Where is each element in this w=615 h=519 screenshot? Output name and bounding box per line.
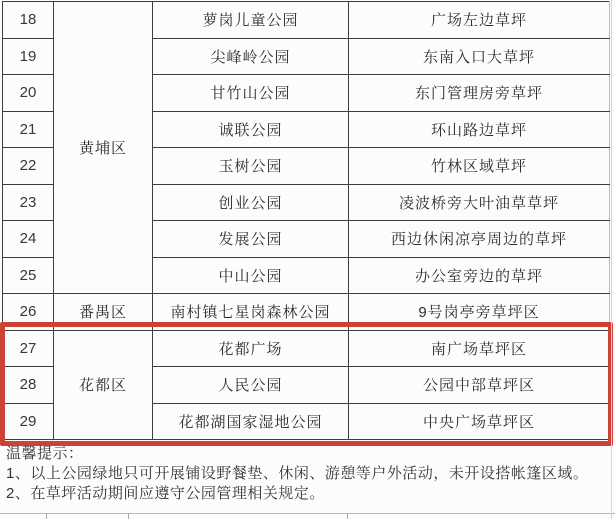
table-row: 26 番禺区 南村镇七星岗森林公园 9号岗亭旁草坪区 (3, 294, 610, 331)
park-name-cell: 南村镇七星岗森林公园 (153, 294, 349, 331)
park-name-cell: 玉树公园 (153, 148, 349, 185)
lawn-area-cell: 9号岗亭旁草坪区 (349, 294, 610, 331)
district-cell: 黄埔区 (54, 2, 153, 294)
district-cell: 花都区 (54, 330, 153, 440)
lawn-area-cell: 东南入口大草坪 (349, 38, 610, 75)
lawn-area-cell: 中央广场草坪区 (349, 403, 610, 440)
page-right-edge-line (611, 0, 612, 519)
row-number-cell: 23 (3, 184, 54, 221)
row-number-cell: 22 (3, 148, 54, 185)
notice-title: 温馨提示： (6, 444, 611, 464)
table-row: 18 黄埔区 萝岗儿童公园 广场左边草坪 (3, 2, 610, 39)
next-table-column-divider (46, 513, 47, 519)
park-name-cell: 创业公园 (153, 184, 349, 221)
row-number-cell: 26 (3, 294, 54, 331)
next-table-top-border (0, 513, 615, 514)
notice-item: 2、在草坪活动期间应遵守公园管理相关规定。 (6, 484, 611, 504)
lawn-area-cell: 办公室旁边的草坪 (349, 257, 610, 294)
lawn-area-cell: 南广场草坪区 (349, 330, 610, 367)
lawn-area-cell: 凌波桥旁大叶油草草坪 (349, 184, 610, 221)
park-name-cell: 花都湖国家湿地公园 (153, 403, 349, 440)
lawn-area-cell: 广场左边草坪 (349, 2, 610, 39)
park-name-cell: 中山公园 (153, 257, 349, 294)
next-table-column-divider (128, 513, 129, 519)
row-number-cell: 18 (3, 2, 54, 39)
row-number-cell: 28 (3, 367, 54, 404)
lawn-area-cell: 西边休闲凉亭周边的草坪 (349, 221, 610, 258)
row-number-cell: 19 (3, 38, 54, 75)
notice-item: 1、以上公园绿地只可开展铺设野餐垫、休闲、游憩等户外活动，未开设搭帐篷区域。 (6, 464, 611, 484)
row-number-cell: 29 (3, 403, 54, 440)
parks-table: 18 黄埔区 萝岗儿童公园 广场左边草坪 19 尖峰岭公园 东南入口大草坪 20… (2, 1, 610, 440)
article-page: 18 黄埔区 萝岗儿童公园 广场左边草坪 19 尖峰岭公园 东南入口大草坪 20… (0, 0, 615, 519)
row-number-cell: 25 (3, 257, 54, 294)
row-number-cell: 21 (3, 111, 54, 148)
table-row-highlighted: 27 花都区 花都广场 南广场草坪区 (3, 330, 610, 367)
lawn-area-cell: 竹林区域草坪 (349, 148, 610, 185)
park-name-cell: 甘竹山公园 (153, 75, 349, 112)
row-number-cell: 27 (3, 330, 54, 367)
lawn-area-cell: 东门管理房旁草坪 (349, 75, 610, 112)
park-name-cell: 萝岗儿童公园 (153, 2, 349, 39)
district-cell: 番禺区 (54, 294, 153, 331)
park-name-cell: 人民公园 (153, 367, 349, 404)
lawn-area-cell: 环山路边草坪 (349, 111, 610, 148)
row-number-cell: 24 (3, 221, 54, 258)
next-table-column-divider (347, 513, 348, 519)
park-name-cell: 花都广场 (153, 330, 349, 367)
row-number-cell: 20 (3, 75, 54, 112)
park-name-cell: 尖峰岭公园 (153, 38, 349, 75)
notice: 温馨提示： 1、以上公园绿地只可开展铺设野餐垫、休闲、游憩等户外活动，未开设搭帐… (6, 444, 611, 504)
park-name-cell: 发展公园 (153, 221, 349, 258)
lawn-area-cell: 公园中部草坪区 (349, 367, 610, 404)
park-name-cell: 诚联公园 (153, 111, 349, 148)
